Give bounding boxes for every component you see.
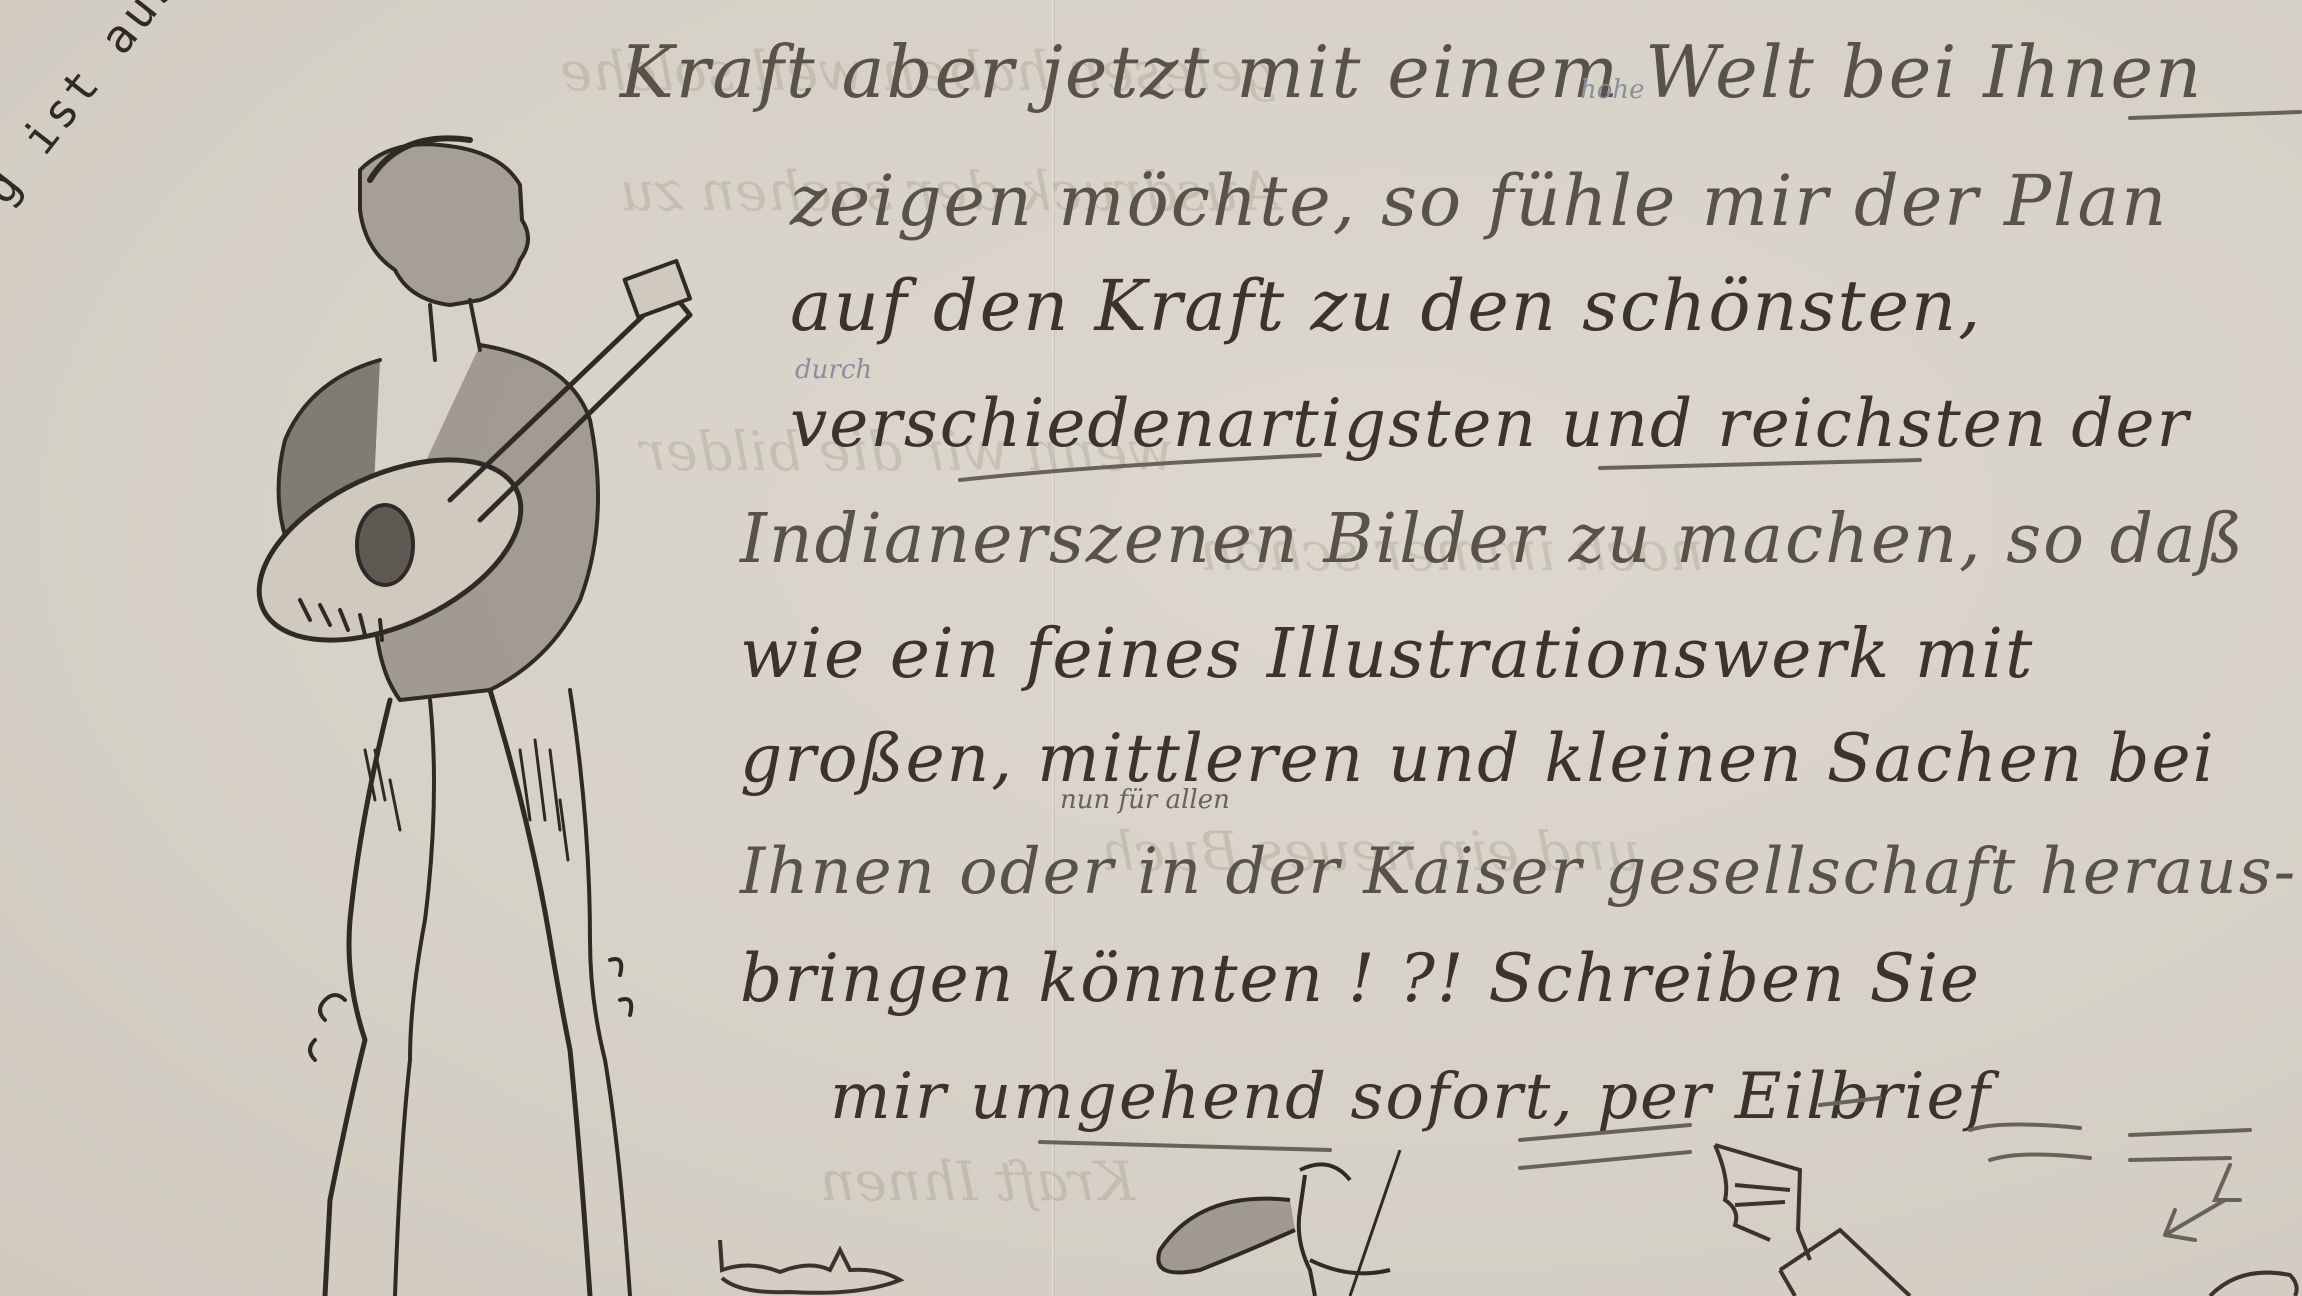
arrow-mark [2150,1160,2260,1250]
small-animal-sketch [710,1230,930,1296]
letter-sheet: gelesen haben weil solche Ausdruck der s… [0,0,2302,1296]
winged-letter-sketch [1700,1130,2000,1296]
partial-sketch-edge [2200,1265,2302,1296]
devil-with-spear-sketch [1100,1150,1420,1296]
guitarist-sketch [150,100,710,1296]
